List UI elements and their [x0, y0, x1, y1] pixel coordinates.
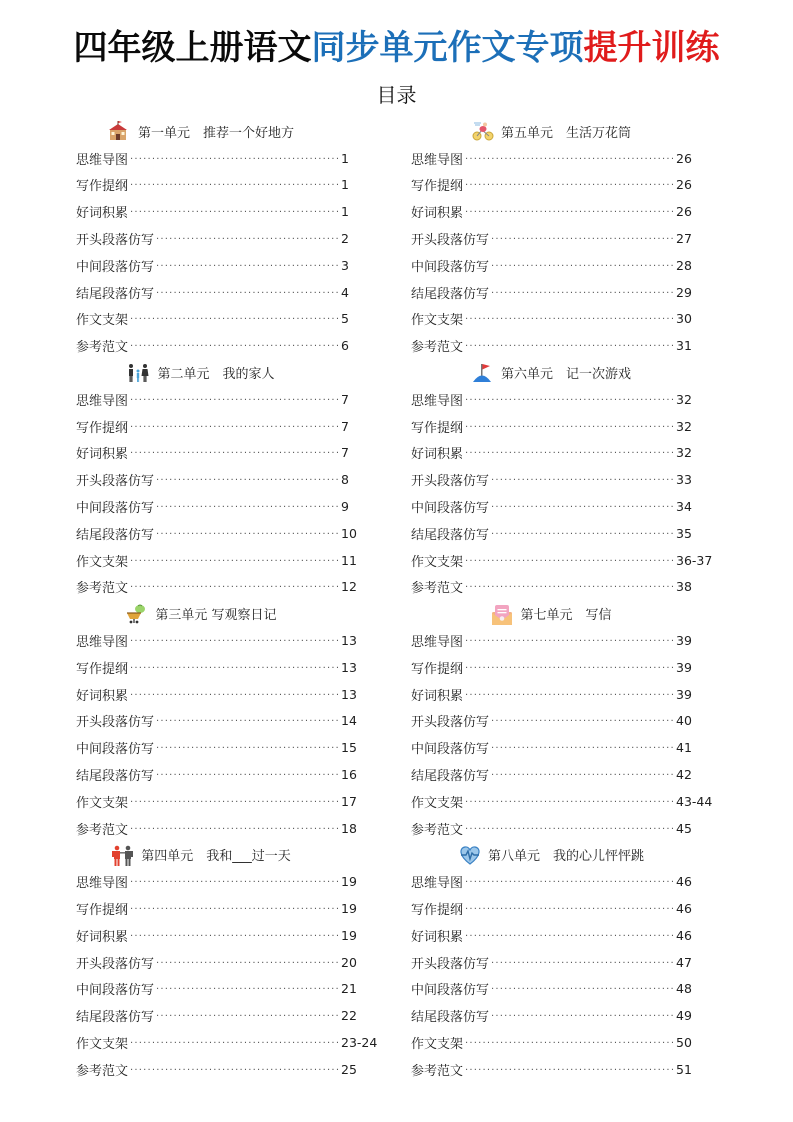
dot-leader: ········································…	[491, 234, 674, 245]
toc-entry-page-number: 29	[676, 285, 692, 300]
toc-entry-page-number: 12	[341, 579, 357, 594]
unit-section-u8: 第八单元 我的心儿怦怦跳思维导图························…	[411, 842, 721, 1083]
toc-entry[interactable]: 作文支架····································…	[411, 306, 721, 333]
toc-entry-page-number: 1	[341, 177, 349, 192]
toc-entry[interactable]: 结尾段落仿写··································…	[76, 761, 356, 788]
dot-leader: ········································…	[156, 743, 339, 754]
toc-entry-page-number: 10	[341, 526, 357, 541]
unit-section-u7: 第七单元 写信思维导图·····························…	[411, 600, 721, 841]
dot-leader: ········································…	[130, 663, 339, 674]
toc-entry-page-number: 23-24	[341, 1035, 377, 1050]
toc-entry-page-number: 1	[341, 204, 349, 219]
toc-entry-page-number: 26	[676, 151, 692, 166]
toc-entry[interactable]: 思维导图····································…	[76, 145, 356, 172]
dot-leader: ········································…	[156, 716, 339, 727]
unit-section-u5: 第五单元 生活万花筒思维导图··························…	[411, 118, 721, 359]
heartbeat-icon	[458, 845, 478, 865]
dot-leader: ········································…	[465, 636, 674, 647]
toc-entry-page-number: 6	[341, 338, 349, 353]
toc-entry-label: 好词积累	[76, 202, 128, 221]
toc-entry-page-number: 7	[341, 445, 349, 460]
toc-entry-label: 作文支架	[411, 309, 463, 328]
dot-leader: ········································…	[465, 556, 674, 567]
toc-entry-page-number: 15	[341, 740, 357, 755]
toc-entry-page-number: 35	[676, 526, 692, 541]
toc-entry-label: 开头段落仿写	[411, 953, 489, 972]
toc-entry[interactable]: 参考范文····································…	[411, 1056, 721, 1083]
toc-entry-label: 开头段落仿写	[411, 711, 489, 730]
dot-leader: ········································…	[130, 931, 339, 942]
toc-entry[interactable]: 参考范文····································…	[76, 332, 356, 359]
unit-heading-text: 第七单元 写信	[520, 604, 611, 623]
toc-entry-page-number: 39	[676, 687, 692, 702]
unit-heading: 第八单元 我的心儿怦怦跳	[411, 842, 721, 869]
toc-entry[interactable]: 参考范文····································…	[411, 332, 721, 359]
toc-entry-label: 写作提纲	[76, 899, 128, 918]
toc-entry[interactable]: 好词积累····································…	[411, 922, 721, 949]
dot-leader: ········································…	[156, 529, 339, 540]
toc-entry-page-number: 32	[676, 392, 692, 407]
toc-entry-label: 好词积累	[76, 443, 128, 462]
toc-entry-label: 参考范文	[411, 577, 463, 596]
toc-entry-label: 写作提纲	[411, 175, 463, 194]
toc-entry-page-number: 25	[341, 1062, 357, 1077]
unit-heading: 第三单元 写观察日记	[76, 600, 356, 627]
toc-entry[interactable]: 结尾段落仿写··································…	[76, 279, 356, 306]
toc-entry-label: 思维导图	[76, 390, 128, 409]
toc-entry-page-number: 19	[341, 928, 357, 943]
toc-entry-page-number: 19	[341, 901, 357, 916]
toc-entry-page-number: 40	[676, 713, 692, 728]
dot-leader: ········································…	[130, 797, 339, 808]
dot-leader: ········································…	[156, 770, 339, 781]
toc-entry[interactable]: 开头段落仿写··································…	[411, 949, 721, 976]
unit-heading-text: 第五单元 生活万花筒	[501, 122, 631, 141]
dot-leader: ········································…	[465, 582, 674, 593]
toc-entry-page-number: 49	[676, 1008, 692, 1023]
dot-leader: ········································…	[465, 341, 674, 352]
dot-leader: ········································…	[130, 877, 339, 888]
toc-entry-label: 中间段落仿写	[411, 738, 489, 757]
dot-leader: ········································…	[465, 1038, 674, 1049]
dot-leader: ········································…	[156, 234, 339, 245]
toc-entry-label: 思维导图	[411, 872, 463, 891]
toc-entry[interactable]: 写作提纲····································…	[76, 172, 356, 199]
toc-entry[interactable]: 好词积累····································…	[76, 922, 356, 949]
toc-entry-page-number: 13	[341, 633, 357, 648]
toc-entry-label: 参考范文	[411, 336, 463, 355]
toc-entry[interactable]: 写作提纲····································…	[76, 654, 356, 681]
unit-heading: 第四单元 我和___过一天	[76, 842, 356, 869]
toc-entry-label: 中间段落仿写	[411, 979, 489, 998]
two-people-icon	[111, 845, 131, 865]
dot-leader: ········································…	[465, 154, 674, 165]
toc-entry-page-number: 36-37	[676, 553, 712, 568]
dot-leader: ········································…	[465, 663, 674, 674]
toc-entry[interactable]: 参考范文····································…	[76, 1056, 356, 1083]
toc-entry-label: 思维导图	[411, 631, 463, 650]
toc-entry-label: 结尾段落仿写	[76, 524, 154, 543]
toc-column-right: 第五单元 生活万花筒思维导图··························…	[411, 118, 721, 1083]
toc-entry-label: 参考范文	[76, 1060, 128, 1079]
family-icon	[127, 363, 147, 383]
toc-entry-label: 参考范文	[411, 819, 463, 838]
toc-entry[interactable]: 写作提纲····································…	[411, 172, 721, 199]
toc-entry-page-number: 9	[341, 499, 349, 514]
toc-entry[interactable]: 好词积累····································…	[76, 440, 356, 467]
dot-leader: ········································…	[130, 395, 339, 406]
dot-leader: ········································…	[465, 797, 674, 808]
toc-entry-page-number: 20	[341, 955, 357, 970]
toc-entry-page-number: 42	[676, 767, 692, 782]
toc-entry-label: 作文支架	[76, 309, 128, 328]
toc-entry[interactable]: 好词积累····································…	[76, 198, 356, 225]
toc-entry-page-number: 22	[341, 1008, 357, 1023]
toc-entry-page-number: 16	[341, 767, 357, 782]
dot-leader: ········································…	[156, 984, 339, 995]
toc-entry-page-number: 26	[676, 204, 692, 219]
toc-entry-label: 好词积累	[411, 202, 463, 221]
toc-entry[interactable]: 作文支架····································…	[411, 547, 721, 574]
toc-entry[interactable]: 作文支架····································…	[76, 1029, 356, 1056]
toc-entry-page-number: 5	[341, 311, 349, 326]
toc-entry[interactable]: 中间段落仿写··································…	[76, 252, 356, 279]
dot-leader: ········································…	[156, 288, 339, 299]
toc-entry-page-number: 46	[676, 901, 692, 916]
unit-section-u3: 第三单元 写观察日记思维导图··························…	[76, 600, 356, 841]
dot-leader: ········································…	[465, 931, 674, 942]
toc-entry-label: 中间段落仿写	[76, 738, 154, 757]
dot-leader: ········································…	[491, 958, 674, 969]
toc-entry-page-number: 38	[676, 579, 692, 594]
unit-heading-text: 第一单元 推荐一个好地方	[138, 122, 294, 141]
toc-entry-page-number: 13	[341, 687, 357, 702]
title-part-goal: 提升训练	[584, 28, 720, 68]
toc-entry[interactable]: 参考范文····································…	[411, 574, 721, 601]
toc-entry-page-number: 32	[676, 445, 692, 460]
dot-leader: ········································…	[130, 824, 339, 835]
toc-entry[interactable]: 好词积累····································…	[411, 198, 721, 225]
toc-entry-page-number: 43-44	[676, 794, 712, 809]
dot-leader: ········································…	[130, 422, 339, 433]
dot-leader: ········································…	[465, 180, 674, 191]
dot-leader: ········································…	[156, 1011, 339, 1022]
toc-entry[interactable]: 结尾段落仿写··································…	[411, 761, 721, 788]
toc-entry-page-number: 33	[676, 472, 692, 487]
toc-entry[interactable]: 作文支架····································…	[411, 1029, 721, 1056]
flag-icon	[471, 363, 491, 383]
toc-entry-label: 参考范文	[411, 1060, 463, 1079]
toc-entry-page-number: 1	[341, 151, 349, 166]
toc-entry-page-number: 21	[341, 981, 357, 996]
toc-entry-page-number: 8	[341, 472, 349, 487]
toc-entry-label: 好词积累	[411, 926, 463, 945]
toc-entry-label: 结尾段落仿写	[76, 1006, 154, 1025]
toc-entry-label: 参考范文	[76, 819, 128, 838]
toc-entry[interactable]: 思维导图····································…	[76, 868, 356, 895]
toc-entry-page-number: 7	[341, 392, 349, 407]
toc-entry[interactable]: 思维导图····································…	[411, 627, 721, 654]
toc-entry[interactable]: 写作提纲····································…	[411, 654, 721, 681]
unit-heading-text: 第二单元 我的家人	[157, 363, 274, 382]
toc-entry-label: 作文支架	[411, 1033, 463, 1052]
toc-entry-label: 思维导图	[411, 390, 463, 409]
toc-entry-label: 结尾段落仿写	[411, 765, 489, 784]
toc-entry-label: 开头段落仿写	[76, 711, 154, 730]
toc-entry-page-number: 46	[676, 928, 692, 943]
toc-entry-label: 写作提纲	[76, 658, 128, 677]
dot-leader: ········································…	[130, 448, 339, 459]
toc-entry-page-number: 28	[676, 258, 692, 273]
title-part-grade: 四年级上册语文	[74, 28, 312, 68]
toc-entry[interactable]: 中间段落仿写··································…	[76, 493, 356, 520]
dot-leader: ········································…	[491, 288, 674, 299]
unit-section-u4: 第四单元 我和___过一天思维导图·······················…	[76, 842, 356, 1083]
toc-entry[interactable]: 开头段落仿写··································…	[411, 225, 721, 252]
toc-entry[interactable]: 结尾段落仿写··································…	[76, 520, 356, 547]
unit-section-u1: 第一单元 推荐一个好地方思维导图························…	[76, 118, 356, 359]
toc-heading: 目录	[0, 82, 793, 108]
toc-entry[interactable]: 中间段落仿写··································…	[411, 493, 721, 520]
toc-entry-page-number: 47	[676, 955, 692, 970]
dot-leader: ········································…	[491, 770, 674, 781]
toc-entry-page-number: 19	[341, 874, 357, 889]
dot-leader: ········································…	[465, 877, 674, 888]
dot-leader: ········································…	[465, 824, 674, 835]
dot-leader: ········································…	[491, 261, 674, 272]
unit-heading: 第五单元 生活万花筒	[411, 118, 721, 145]
toc-entry-label: 开头段落仿写	[411, 470, 489, 489]
toc-entry-label: 中间段落仿写	[411, 256, 489, 275]
toc-entry[interactable]: 作文支架····································…	[76, 306, 356, 333]
dot-leader: ········································…	[130, 636, 339, 647]
toc-entry-label: 好词积累	[76, 926, 128, 945]
toc-entry[interactable]: 思维导图····································…	[411, 386, 721, 413]
toc-entry[interactable]: 中间段落仿写··································…	[76, 734, 356, 761]
toc-entry-page-number: 45	[676, 821, 692, 836]
dot-leader: ········································…	[465, 904, 674, 915]
envelope-icon	[490, 604, 510, 624]
dot-leader: ········································…	[130, 154, 339, 165]
toc-entry-label: 结尾段落仿写	[411, 524, 489, 543]
toc-entry-page-number: 41	[676, 740, 692, 755]
title-part-topic: 同步单元作文专项	[312, 28, 584, 68]
toc-entry-page-number: 34	[676, 499, 692, 514]
dot-leader: ········································…	[156, 475, 339, 486]
toc-entry-label: 作文支架	[76, 551, 128, 570]
toc-entry-page-number: 48	[676, 981, 692, 996]
dot-leader: ········································…	[156, 502, 339, 513]
toc-entry-label: 好词积累	[411, 685, 463, 704]
toc-entry-page-number: 7	[341, 419, 349, 434]
unit-section-u2: 第二单元 我的家人思维导图···························…	[76, 359, 356, 600]
toc-entry[interactable]: 中间段落仿写··································…	[76, 976, 356, 1003]
toc-entry-label: 好词积累	[411, 443, 463, 462]
toc-entry-label: 写作提纲	[411, 658, 463, 677]
dot-leader: ········································…	[130, 904, 339, 915]
toc-entry[interactable]: 写作提纲····································…	[76, 895, 356, 922]
toc-entry[interactable]: 结尾段落仿写··································…	[411, 279, 721, 306]
toc-entry-label: 思维导图	[411, 149, 463, 168]
dot-leader: ········································…	[491, 475, 674, 486]
toc-entry[interactable]: 中间段落仿写··································…	[411, 976, 721, 1003]
dot-leader: ········································…	[491, 743, 674, 754]
toc-entry[interactable]: 思维导图····································…	[411, 868, 721, 895]
toc-entry[interactable]: 开头段落仿写··································…	[76, 466, 356, 493]
dot-leader: ········································…	[130, 1038, 339, 1049]
toc-entry[interactable]: 思维导图····································…	[76, 386, 356, 413]
plant-pot-icon	[125, 604, 145, 624]
toc-entry[interactable]: 思维导图····································…	[411, 145, 721, 172]
unit-heading-text: 第四单元 我和___过一天	[141, 845, 291, 864]
dot-leader: ········································…	[130, 180, 339, 191]
dot-leader: ········································…	[491, 502, 674, 513]
dot-leader: ········································…	[130, 556, 339, 567]
toc-entry-page-number: 50	[676, 1035, 692, 1050]
toc-entry[interactable]: 思维导图····································…	[76, 627, 356, 654]
toc-entry-page-number: 17	[341, 794, 357, 809]
toc-entry-label: 开头段落仿写	[76, 953, 154, 972]
toc-entry-label: 结尾段落仿写	[411, 283, 489, 302]
toc-entry-label: 中间段落仿写	[76, 979, 154, 998]
toc-entry-label: 中间段落仿写	[76, 256, 154, 275]
toc-entry-label: 思维导图	[76, 149, 128, 168]
toc-entry-label: 写作提纲	[76, 417, 128, 436]
toc-entry[interactable]: 结尾段落仿写··································…	[411, 1002, 721, 1029]
toc-entry-label: 写作提纲	[411, 417, 463, 436]
toc-entry[interactable]: 作文支架····································…	[76, 547, 356, 574]
toc-entry-page-number: 26	[676, 177, 692, 192]
toc-entry[interactable]: 作文支架····································…	[411, 788, 721, 815]
dot-leader: ········································…	[465, 448, 674, 459]
unit-heading: 第二单元 我的家人	[76, 359, 356, 386]
unit-heading-text: 第三单元 写观察日记	[155, 604, 276, 623]
dot-leader: ········································…	[491, 716, 674, 727]
unit-heading-text: 第八单元 我的心儿怦怦跳	[488, 845, 644, 864]
toc-entry[interactable]: 中间段落仿写··································…	[411, 252, 721, 279]
toc-entry[interactable]: 开头段落仿写··································…	[76, 708, 356, 735]
toc-entry-label: 结尾段落仿写	[76, 283, 154, 302]
toc-entry[interactable]: 作文支架····································…	[76, 788, 356, 815]
toc-entry[interactable]: 写作提纲····································…	[411, 413, 721, 440]
dot-leader: ········································…	[156, 958, 339, 969]
dot-leader: ········································…	[465, 395, 674, 406]
toc-entry[interactable]: 好词积累····································…	[76, 681, 356, 708]
toc-entry[interactable]: 好词积累····································…	[411, 440, 721, 467]
toc-entry-page-number: 27	[676, 231, 692, 246]
unit-heading-text: 第六单元 记一次游戏	[501, 363, 631, 382]
unit-heading: 第六单元 记一次游戏	[411, 359, 721, 386]
dot-leader: ········································…	[465, 1065, 674, 1076]
toc-entry-page-number: 11	[341, 553, 357, 568]
dot-leader: ········································…	[130, 690, 339, 701]
toc-entry-page-number: 13	[341, 660, 357, 675]
toc-entry[interactable]: 结尾段落仿写··································…	[76, 1002, 356, 1029]
dot-leader: ········································…	[465, 207, 674, 218]
unit-heading: 第七单元 写信	[411, 600, 721, 627]
dot-leader: ········································…	[465, 314, 674, 325]
toc-entry[interactable]: 结尾段落仿写··································…	[411, 520, 721, 547]
toc-entry[interactable]: 开头段落仿写··································…	[411, 466, 721, 493]
toc-entry-label: 作文支架	[76, 1033, 128, 1052]
toc-entry-label: 结尾段落仿写	[411, 1006, 489, 1025]
toc-entry-page-number: 30	[676, 311, 692, 326]
toc-entry-page-number: 51	[676, 1062, 692, 1077]
toc-entry-label: 思维导图	[76, 872, 128, 891]
toc-entry-page-number: 39	[676, 633, 692, 648]
dot-leader: ········································…	[130, 582, 339, 593]
dot-leader: ········································…	[156, 261, 339, 272]
toc-entry-label: 参考范文	[76, 336, 128, 355]
toc-entry-label: 开头段落仿写	[76, 470, 154, 489]
toc-entry[interactable]: 参考范文····································…	[76, 574, 356, 601]
castle-icon	[108, 121, 128, 141]
toc-entry[interactable]: 开头段落仿写··································…	[76, 949, 356, 976]
toc-entry-label: 开头段落仿写	[76, 229, 154, 248]
toc-entry[interactable]: 参考范文····································…	[76, 815, 356, 842]
dot-leader: ········································…	[491, 984, 674, 995]
unit-section-u6: 第六单元 记一次游戏思维导图··························…	[411, 359, 721, 600]
toc-entry-label: 中间段落仿写	[76, 497, 154, 516]
toc-entry-label: 开头段落仿写	[411, 229, 489, 248]
toc-entry-page-number: 2	[341, 231, 349, 246]
toc-entry[interactable]: 开头段落仿写··································…	[411, 708, 721, 735]
toc-entry-label: 作文支架	[411, 792, 463, 811]
toc-entry-page-number: 4	[341, 285, 349, 300]
dot-leader: ········································…	[465, 422, 674, 433]
dot-leader: ········································…	[130, 341, 339, 352]
toc-entry-label: 结尾段落仿写	[76, 765, 154, 784]
toc-entry[interactable]: 开头段落仿写··································…	[76, 225, 356, 252]
toc-entry-page-number: 46	[676, 874, 692, 889]
document-title: 四年级上册语文同步单元作文专项提升训练	[0, 26, 793, 70]
toc-entry[interactable]: 写作提纲····································…	[76, 413, 356, 440]
toc-entry[interactable]: 中间段落仿写··································…	[411, 734, 721, 761]
toc-entry-page-number: 39	[676, 660, 692, 675]
bicycle-icon	[471, 121, 491, 141]
toc-entry-page-number: 32	[676, 419, 692, 434]
dot-leader: ········································…	[130, 207, 339, 218]
toc-entry-page-number: 14	[341, 713, 357, 728]
toc-entry[interactable]: 参考范文····································…	[411, 815, 721, 842]
dot-leader: ········································…	[130, 1065, 339, 1076]
toc-entry-page-number: 3	[341, 258, 349, 273]
toc-entry-label: 写作提纲	[411, 899, 463, 918]
toc-entry-page-number: 31	[676, 338, 692, 353]
toc-entry-page-number: 18	[341, 821, 357, 836]
dot-leader: ········································…	[465, 690, 674, 701]
toc-entry-label: 参考范文	[76, 577, 128, 596]
dot-leader: ········································…	[491, 1011, 674, 1022]
toc-entry-label: 写作提纲	[76, 175, 128, 194]
toc-entry[interactable]: 好词积累····································…	[411, 681, 721, 708]
toc-entry-label: 作文支架	[76, 792, 128, 811]
toc-entry[interactable]: 写作提纲····································…	[411, 895, 721, 922]
toc-entry-label: 中间段落仿写	[411, 497, 489, 516]
toc-entry-label: 思维导图	[76, 631, 128, 650]
toc-entry-label: 好词积累	[76, 685, 128, 704]
dot-leader: ········································…	[130, 314, 339, 325]
toc-column-left: 第一单元 推荐一个好地方思维导图························…	[76, 118, 356, 1083]
toc-entry-label: 作文支架	[411, 551, 463, 570]
unit-heading: 第一单元 推荐一个好地方	[76, 118, 356, 145]
dot-leader: ········································…	[491, 529, 674, 540]
